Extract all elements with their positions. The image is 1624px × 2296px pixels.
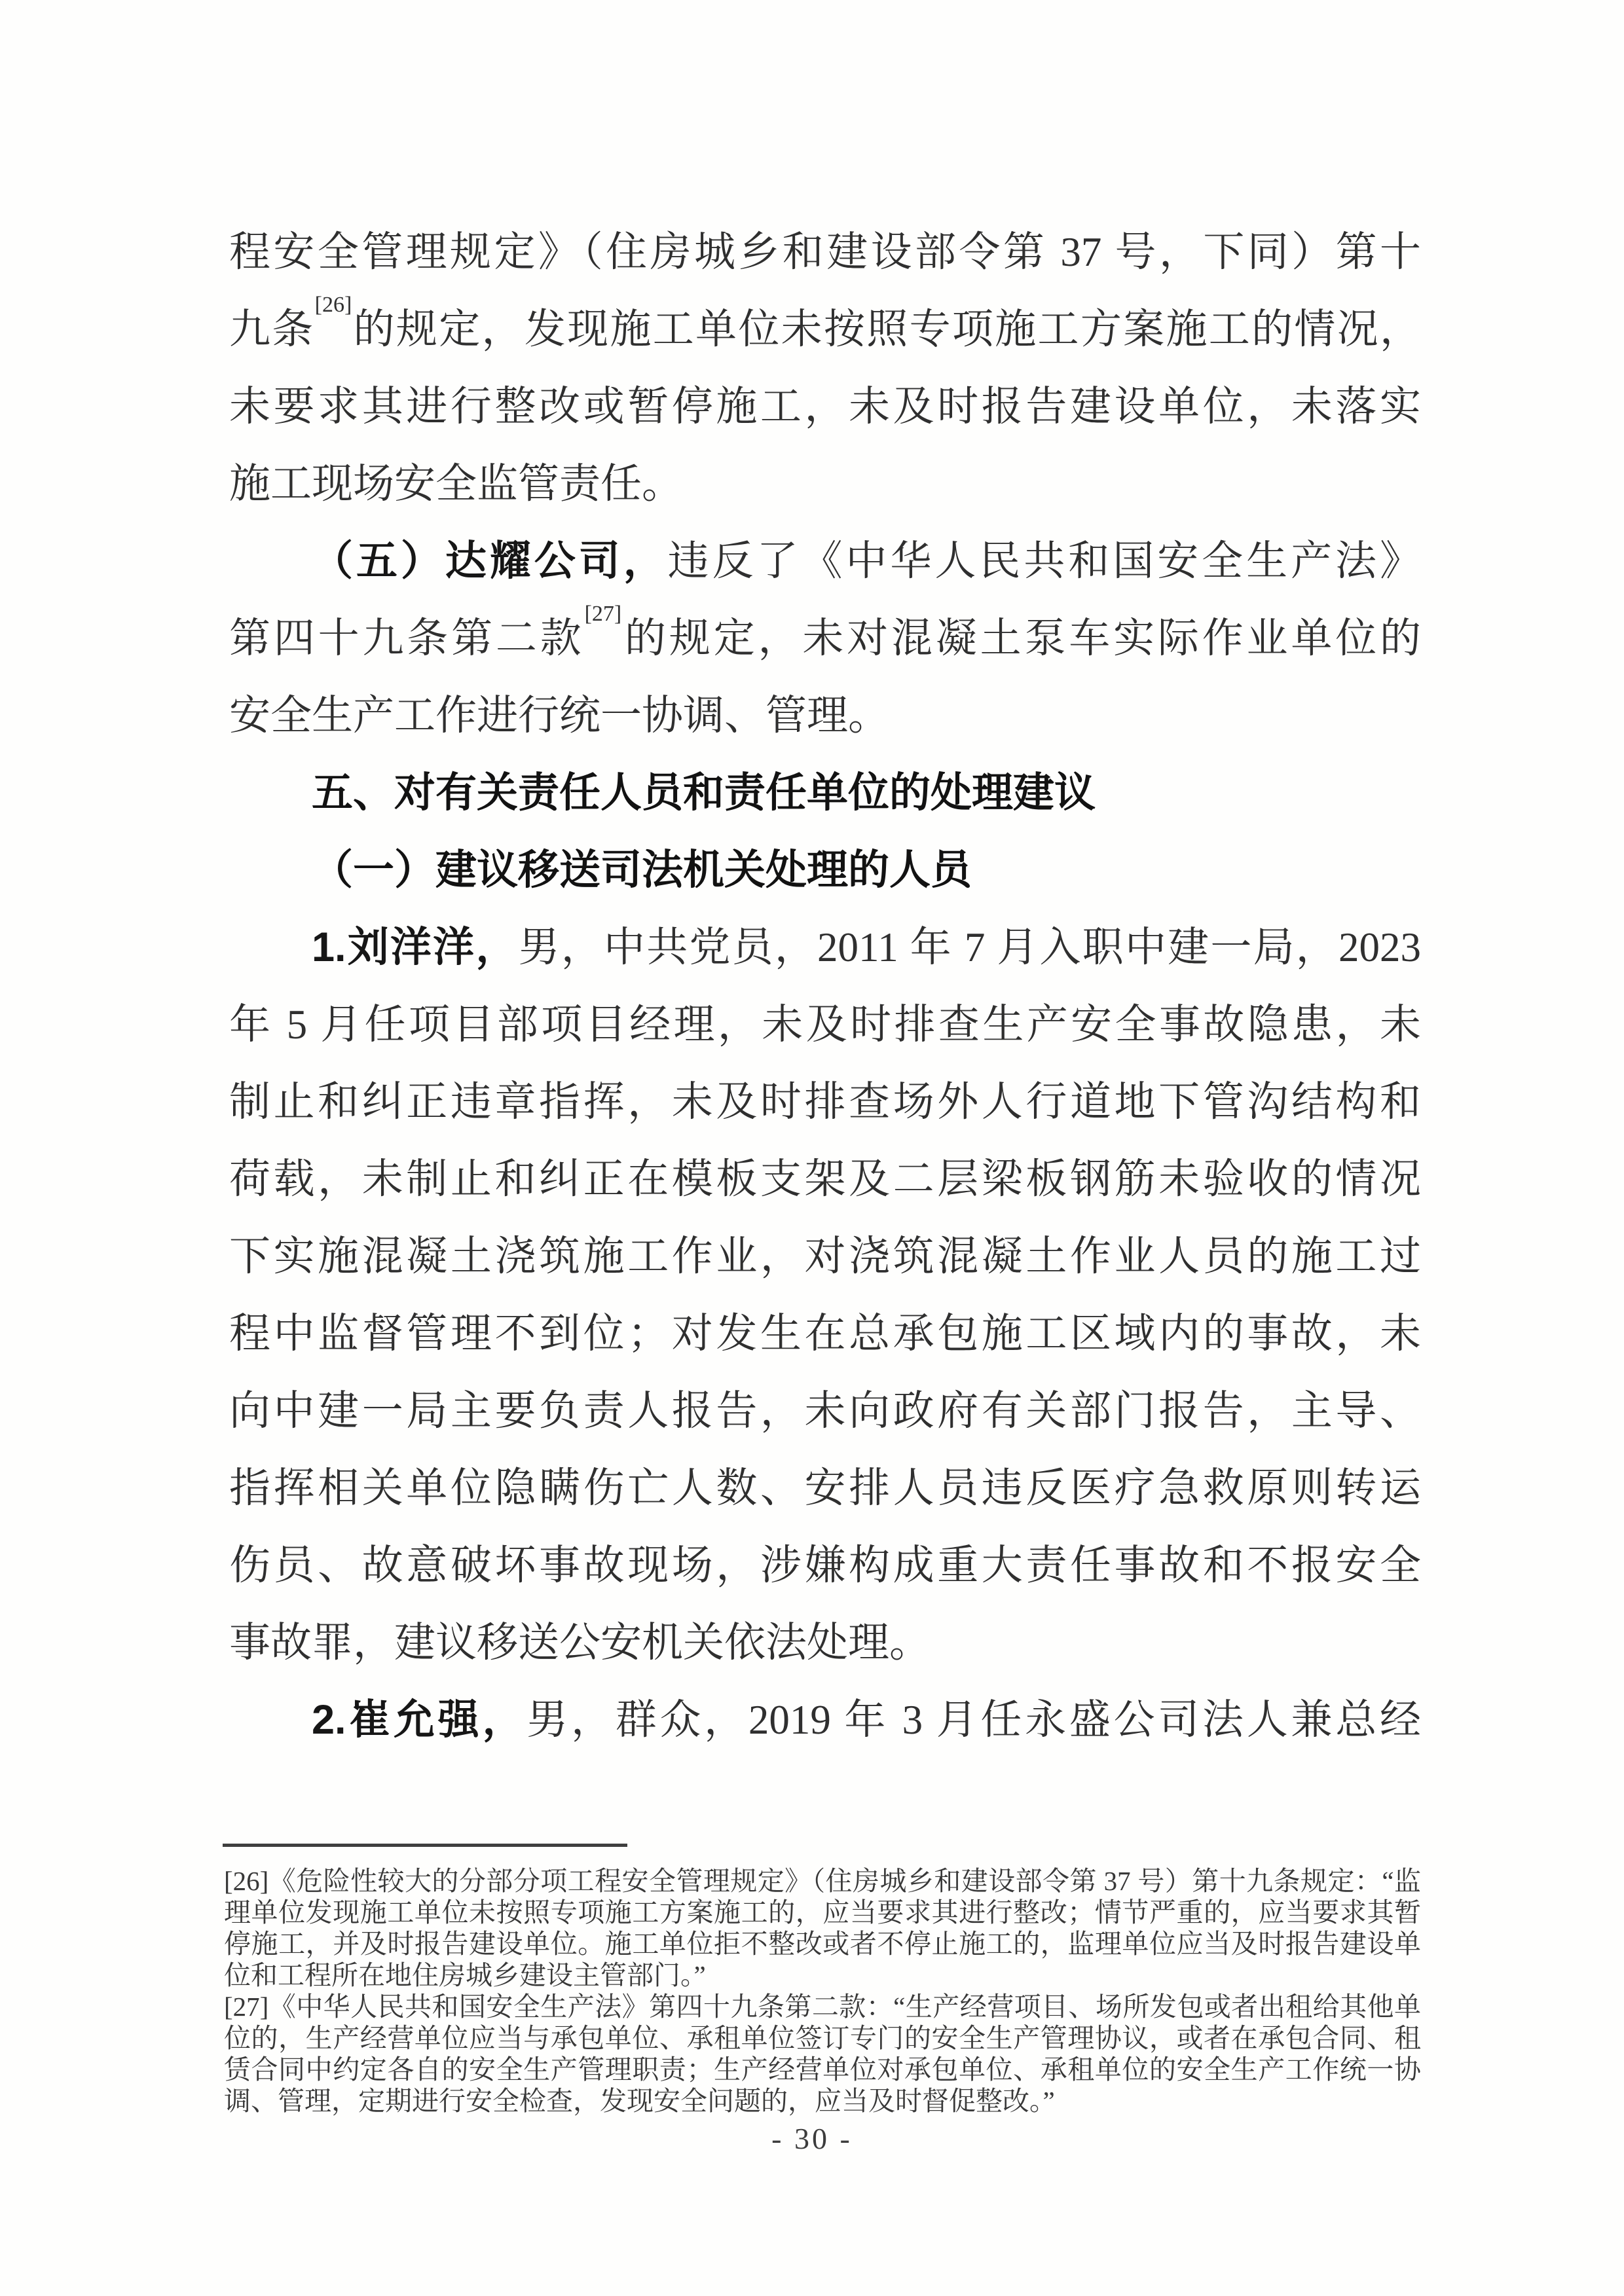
section-heading: 五、对有关责任人员和责任单位的处理建议 xyxy=(229,754,1421,831)
body-line: 事故罪，建议移送公安机关依法处理。 xyxy=(229,1604,1421,1681)
body-line: 向中建一局主要负责人报告，未向政府有关部门报告，主导、 xyxy=(229,1372,1421,1449)
page-number: - 30 - xyxy=(0,2121,1624,2156)
company-name-bold: （五）达耀公司， xyxy=(312,538,668,584)
body-line: 制止和纠正违章指挥，未及时排查场外人行道地下管沟结构和 xyxy=(229,1063,1421,1140)
footnote-ref-26: [26] xyxy=(315,293,352,317)
body-line: 九条[26]的规定，发现施工单位未按照专项施工方案施工的情况， xyxy=(229,291,1421,368)
body-text-run: 男，中共党员，2011 年 7 月入职中建一局，2023 xyxy=(519,924,1421,970)
body-line: 第四十九条第二款[27]的规定，未对混凝土泵车实际作业单位的 xyxy=(229,600,1421,677)
body-line: 施工现场安全监管责任。 xyxy=(229,445,1421,522)
body-text-run: 男，群众，2019 年 3 月任永盛公司法人兼总经 xyxy=(526,1697,1421,1743)
body-text-run: 第四十九条第二款 xyxy=(229,615,585,661)
body-line: 指挥相关单位隐瞒伤亡人数、安排人员违反医疗急救原则转运 xyxy=(229,1449,1421,1527)
footnote-text: 《中华人民共和国安全生产法》第四十九条第二款：“生产经营项目、场所发包或者出租给… xyxy=(224,1992,1421,2116)
body-text-run: 九条 xyxy=(229,306,315,352)
document-page: 程安全管理规定》（住房城乡和建设部令第 37 号，下同）第十 九条[26]的规定… xyxy=(0,0,1624,2296)
subsection-heading: （一）建议移送司法机关处理的人员 xyxy=(229,831,1421,909)
body-text-run: 违反了《中华人民共和国安全生产法》 xyxy=(668,538,1421,584)
footnote-26: [26]《危险性较大的分部分项工程安全管理规定》（住房城乡和建设部令第 37 号… xyxy=(224,1865,1421,1991)
body-line: 下实施混凝土浇筑施工作业，对浇筑混凝土作业人员的施工过 xyxy=(229,1218,1421,1295)
footnote-separator xyxy=(223,1844,627,1847)
footnotes: [26]《危险性较大的分部分项工程安全管理规定》（住房城乡和建设部令第 37 号… xyxy=(224,1865,1421,2117)
body-line: 2.崔允强，男，群众，2019 年 3 月任永盛公司法人兼总经 xyxy=(229,1681,1421,1758)
body-line: 伤员、故意破坏事故现场，涉嫌构成重大责任事故和不报安全 xyxy=(229,1527,1421,1604)
body-line: 未要求其进行整改或暂停施工，未及时报告建设单位，未落实 xyxy=(229,368,1421,445)
body-line: 年 5 月任项目部项目经理，未及时排查生产安全事故隐患，未 xyxy=(229,986,1421,1063)
person-name-bold: 1.刘洋洋， xyxy=(312,924,519,970)
body-text-run: 的规定，发现施工单位未按照专项施工方案施工的情况， xyxy=(352,306,1421,352)
body-text: 程安全管理规定》（住房城乡和建设部令第 37 号，下同）第十 九条[26]的规定… xyxy=(229,213,1421,1758)
body-line: 程安全管理规定》（住房城乡和建设部令第 37 号，下同）第十 xyxy=(229,213,1421,291)
body-line: 1.刘洋洋，男，中共党员，2011 年 7 月入职中建一局，2023 xyxy=(229,909,1421,986)
footnote-27: [27]《中华人民共和国安全生产法》第四十九条第二款：“生产经营项目、场所发包或… xyxy=(224,1991,1421,2117)
body-text-run: 的规定，未对混凝土泵车实际作业单位的 xyxy=(621,615,1421,661)
person-name-bold: 2.崔允强， xyxy=(312,1697,526,1743)
footnote-marker: [27] xyxy=(224,1992,268,2022)
body-line: 安全生产工作进行统一协调、管理。 xyxy=(229,677,1421,754)
body-line: 荷载，未制止和纠正在模板支架及二层梁板钢筋未验收的情况 xyxy=(229,1140,1421,1218)
body-line: （五）达耀公司，违反了《中华人民共和国安全生产法》 xyxy=(229,522,1421,600)
footnote-marker: [26] xyxy=(224,1866,268,1896)
body-line: 程中监督管理不到位；对发生在总承包施工区域内的事故，未 xyxy=(229,1295,1421,1372)
footnote-text: 《危险性较大的分部分项工程安全管理规定》（住房城乡和建设部令第 37 号）第十九… xyxy=(224,1866,1421,1990)
footnote-ref-27: [27] xyxy=(585,602,622,626)
